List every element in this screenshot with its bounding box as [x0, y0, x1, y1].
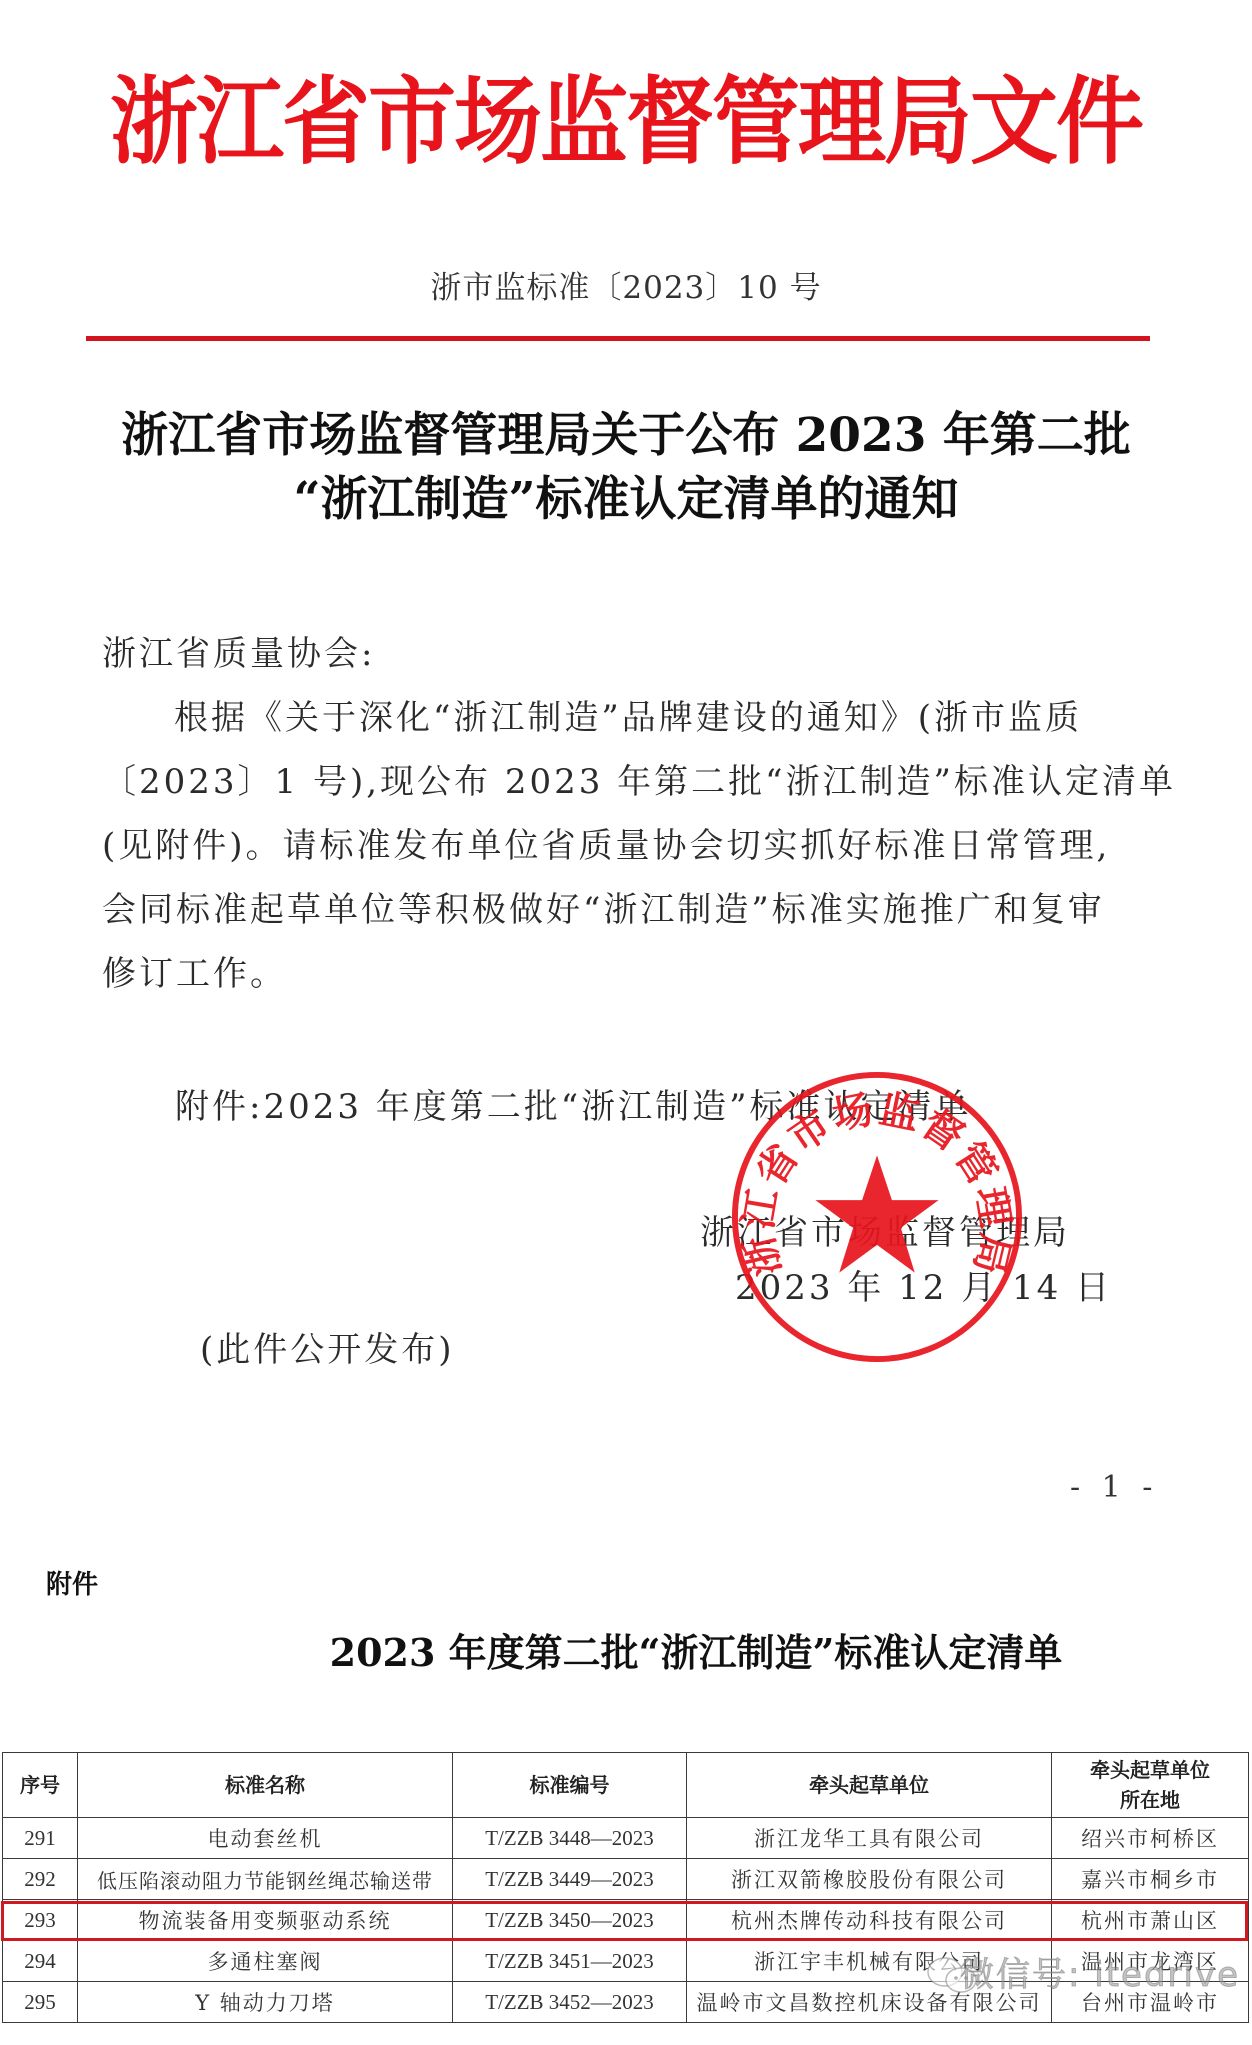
notice-title-line2: “浙江制造”标准认定清单的通知 — [0, 468, 1252, 532]
list-title: 2023 年度第二批“浙江制造”标准认定清单 — [0, 1628, 1252, 1678]
body-paragraph: 根据《关于深化“浙江制造”品牌建设的通知》(浙市监质 〔2023〕1 号),现公… — [102, 686, 1162, 1006]
cell-standard-code: T/ZZB 3448—2023 — [453, 1818, 687, 1859]
attachment-reference: 附件:2023 年度第二批“浙江制造”标准认定清单 — [175, 1085, 972, 1129]
paragraph-line: (见附件)。请标准发布单位省质量协会切实抓好标准日常管理, — [102, 814, 1162, 878]
header-location-line1: 牵头起草单位 — [1052, 1755, 1248, 1785]
cell-location: 嘉兴市桐乡市 — [1052, 1859, 1249, 1900]
header-lead-unit: 牵头起草单位 — [687, 1753, 1052, 1818]
paragraph-line: 会同标准起草单位等积极做好“浙江制造”标准实施推广和复审 — [102, 878, 1162, 942]
cell-serial: 291 — [3, 1818, 78, 1859]
public-release-note: (此件公开发布) — [200, 1328, 455, 1372]
cell-standard-name: 电动套丝机 — [78, 1818, 453, 1859]
cell-serial: 293 — [3, 1900, 78, 1941]
notice-title: 浙江省市场监督管理局关于公布 2023 年第二批 “浙江制造”标准认定清单的通知 — [0, 404, 1252, 532]
header-serial: 序号 — [3, 1753, 78, 1818]
cell-standard-code: T/ZZB 3451—2023 — [453, 1941, 687, 1982]
cell-standard-name: 物流装备用变频驱动系统 — [78, 1900, 453, 1941]
cell-location: 绍兴市柯桥区 — [1052, 1818, 1249, 1859]
cell-location: 杭州市萧山区 — [1052, 1900, 1249, 1941]
paragraph-line: 根据《关于深化“浙江制造”品牌建设的通知》(浙市监质 — [102, 686, 1162, 750]
signature-date: 2023 年 12 月 14 日 — [735, 1266, 1112, 1310]
table-row-highlighted: 293 物流装备用变频驱动系统 T/ZZB 3450—2023 杭州杰牌传动科技… — [3, 1900, 1249, 1941]
attachment-label: 附件 — [46, 1566, 98, 1604]
table-row: 291 电动套丝机 T/ZZB 3448—2023 浙江龙华工具有限公司 绍兴市… — [3, 1818, 1249, 1859]
cell-standard-name: Y 轴动力刀塔 — [78, 1982, 453, 2023]
table-header-row: 序号 标准名称 标准编号 牵头起草单位 牵头起草单位 所在地 — [3, 1753, 1249, 1818]
salutation: 浙江省质量协会: — [102, 632, 1162, 676]
cell-lead-unit: 浙江双箭橡胶股份有限公司 — [687, 1859, 1052, 1900]
cell-standard-name: 低压陷滚动阻力节能钢丝绳芯输送带 — [78, 1859, 453, 1900]
header-standard-name: 标准名称 — [78, 1753, 453, 1818]
document-number: 浙市监标准〔2023〕10 号 — [0, 266, 1252, 310]
cell-standard-code: T/ZZB 3450—2023 — [453, 1900, 687, 1941]
header-lead-unit-location: 牵头起草单位 所在地 — [1052, 1753, 1249, 1818]
signature-organization: 浙江省市场监督管理局 — [700, 1211, 1070, 1255]
header-standard-code: 标准编号 — [453, 1753, 687, 1818]
page-number: - 1 - — [1070, 1468, 1158, 1508]
cell-standard-code: T/ZZB 3449—2023 — [453, 1859, 687, 1900]
paragraph-line: 〔2023〕1 号),现公布 2023 年第二批“浙江制造”标准认定清单 — [102, 750, 1162, 814]
notice-title-line1: 浙江省市场监督管理局关于公布 2023 年第二批 — [0, 404, 1252, 468]
cell-lead-unit: 浙江龙华工具有限公司 — [687, 1818, 1052, 1859]
letterhead-title: 浙江省市场监督管理局文件 — [0, 57, 1252, 187]
red-divider — [86, 336, 1150, 341]
watermark-text: 微信号: itedrive — [960, 1952, 1240, 1998]
table-row: 292 低压陷滚动阻力节能钢丝绳芯输送带 T/ZZB 3449—2023 浙江双… — [3, 1859, 1249, 1900]
cell-serial: 295 — [3, 1982, 78, 2023]
cell-serial: 294 — [3, 1941, 78, 1982]
paragraph-line: 修订工作。 — [102, 942, 1162, 1006]
cell-lead-unit: 杭州杰牌传动科技有限公司 — [687, 1900, 1052, 1941]
cell-serial: 292 — [3, 1859, 78, 1900]
header-location-line2: 所在地 — [1052, 1785, 1248, 1815]
cell-standard-code: T/ZZB 3452—2023 — [453, 1982, 687, 2023]
cell-standard-name: 多通柱塞阀 — [78, 1941, 453, 1982]
